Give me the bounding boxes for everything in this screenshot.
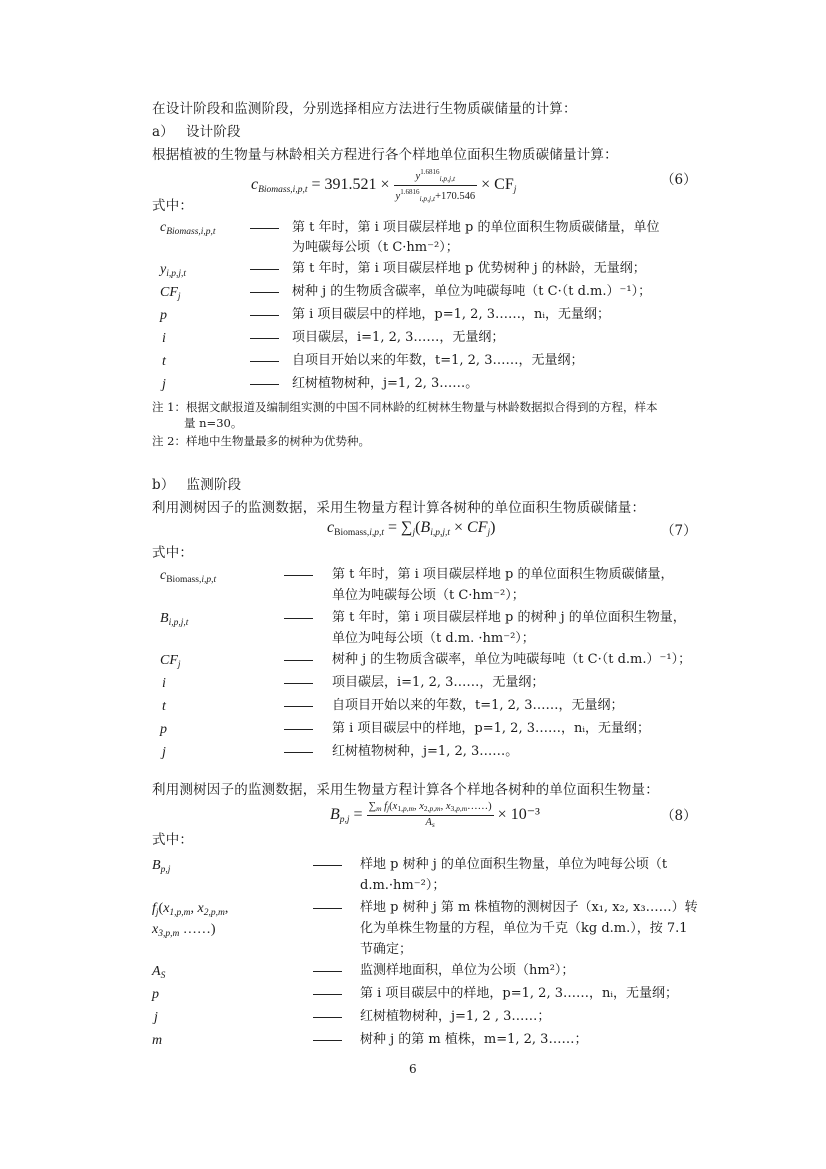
definition-dash [284,575,313,576]
definition-dash [284,706,313,707]
note-1: 注 1：根据文献报道及编制组实测的中国不同林龄的红树林生物量与林龄数据拟合得到的… [152,399,657,415]
definition-symbol-cont: x3,p,m ……) [152,920,216,944]
section-b-heading: b）监测阶段 [152,475,241,495]
definition-text-cont: 为吨碳每公顷（t C·hm⁻²）； [292,238,459,258]
section-a-lead: 根据植被的生物量与林龄相关方程进行各个样地单位面积生物质碳储量计算： [152,145,618,165]
definition-text: 样地 p 树种 j 的单位面积生物量，单位为吨每公顷（t [360,855,667,875]
eq6-coef: = 391.521 × [311,176,389,193]
eq6-tail: × CF [481,176,514,193]
definition-text: 树种 j 的生物质含碳率，单位为吨碳每吨（t C·（t d.m.）⁻¹）； [292,282,651,302]
eq8-fraction: ∑m fj(x1,p,m, x2,p,m, x3,p,m……) As [367,800,494,831]
definition-dash [284,618,313,619]
document-page: 在设计阶段和监测阶段，分别选择相应方法进行生物质碳储量的计算： a）设计阶段 根… [0,0,826,1169]
equation-7: cBiomass,i,p,t = ∑j(Bi,p,j,t × CFj) [327,517,495,544]
definition-dash [313,971,342,972]
equation-8-number: （8） [661,804,697,824]
eq6-denominator: y1.6816i,p,j,t+170.546 [394,186,478,205]
intro-paragraph: 在设计阶段和监测阶段，分别选择相应方法进行生物质碳储量的计算： [152,99,577,119]
equation-7-number: （7） [661,519,697,539]
definition-symbol: j [162,743,166,763]
definition-text: 项目碳层，i=1, 2, 3……，无量纲； [332,673,544,693]
eq6-numerator: y1.6816i,p,j,t [394,166,478,186]
section-b-label: b） [152,477,175,493]
definition-dash [284,752,313,753]
definition-text: 自项目开始以来的年数，t=1, 2, 3……，无量纲； [292,351,583,371]
section-a-where: 式中： [152,196,193,216]
definition-text: 红树植物树种，j=1, 2, 3……。 [332,742,518,762]
definition-text: 第 i 项目碳层中的样地，p=1, 2, 3……，nᵢ，无量纲； [292,305,610,325]
definition-symbol: cBiomass,i,p,t [160,218,216,242]
definition-text-cont: 单位为吨碳每公顷（t C·hm⁻²）； [332,586,525,606]
definition-symbol: i [162,674,166,694]
definition-symbol: cBiomass,i,p,t [160,566,216,590]
definition-text: 红树植物树种，j=1, 2, 3……。 [292,374,478,394]
definition-symbol: j [154,1008,158,1028]
definition-symbol: p [152,985,159,1005]
definition-text-cont: 化为单株生物量的方程，单位为千克（kg d.m.），按 7.1 [360,919,688,939]
definition-text: 红树植物树种，j=1, 2 , 3……； [360,1007,550,1027]
definition-symbol: t [162,352,166,372]
section-c-where: 式中： [152,830,193,850]
equation-8: Bp,j = ∑m fj(x1,p,m, x2,p,m, x3,p,m……) A… [330,800,540,831]
definition-symbol: CFj [160,651,181,675]
definition-dash [313,865,342,866]
definition-text: 样地 p 树种 j 第 m 株植物的测树因子（x₁, x₂, x₃……）转 [360,898,698,918]
definition-text: 第 t 年时，第 i 项目碳层样地 p 优势树种 j 的林龄，无量纲； [292,259,646,279]
definition-text-cont: 单位为吨每公顷（t d.m. ·hm⁻²）； [332,629,535,649]
definition-text: 第 t 年时，第 i 项目碳层样地 p 的单位面积生物质碳储量，单位 [292,218,660,238]
definition-text: 树种 j 的第 m 植株，m=1, 2, 3……； [360,1030,587,1050]
section-a-heading: a）设计阶段 [152,122,241,142]
definition-symbol: AS [152,962,165,986]
page-number: 6 [409,1062,417,1076]
definition-dash [250,338,279,339]
eq8-denominator: As [367,816,494,831]
definition-dash [284,660,313,661]
definition-dash [284,683,313,684]
definition-symbol: CFj [160,283,181,307]
section-b-title: 监测阶段 [187,477,242,493]
definition-symbol: yi,p,j,t [160,260,186,284]
eq6-lhs-sub: Biomass,i,p,t [258,185,307,195]
definition-text: 第 t 年时，第 i 项目碳层样地 p 的树种 j 的单位面积生物量， [332,608,686,628]
definition-text-cont: d.m.·hm⁻²）； [360,876,445,896]
definition-dash [313,994,342,995]
equation-6: cBiomass,i,p,t = 391.521 × y1.6816i,p,j,… [251,166,516,205]
definition-text: 第 i 项目碳层中的样地，p=1, 2, 3……，nᵢ，无量纲； [332,719,650,739]
section-a-label: a） [152,124,174,140]
definition-dash [313,1017,342,1018]
definition-text: 第 i 项目碳层中的样地，p=1, 2, 3……，nᵢ，无量纲； [360,984,678,1004]
section-a-title: 设计阶段 [186,124,241,140]
definition-text: 自项目开始以来的年数，t=1, 2, 3……，无量纲； [332,696,623,716]
section-b-where: 式中： [152,543,193,563]
definition-dash [250,228,279,229]
definition-text: 第 t 年时，第 i 项目碳层样地 p 的单位面积生物质碳储量， [332,565,674,585]
section-c-lead: 利用测树因子的监测数据，采用生物量方程计算各个样地各树种的单位面积生物量： [152,780,659,800]
note-1-cont: 量 n=30。 [184,415,242,431]
definition-text: 监测样地面积，单位为公顷（hm²）； [360,961,574,981]
definition-dash [313,1040,342,1041]
definition-symbol: j [162,375,166,395]
definition-dash [250,384,279,385]
definition-symbol: Bi,p,j,t [160,609,188,633]
definition-text-cont: 节确定； [360,940,412,960]
section-b-lead: 利用测树因子的监测数据，采用生物量方程计算各树种的单位面积生物质碳储量： [152,498,645,518]
definition-symbol: p [160,306,167,326]
definition-symbol: t [162,697,166,717]
definition-symbol: p [160,720,167,740]
definition-dash [284,729,313,730]
definition-dash [250,361,279,362]
eq8-numerator: ∑m fj(x1,p,m, x2,p,m, x3,p,m……) [367,800,494,816]
eq6-fraction: y1.6816i,p,j,t y1.6816i,p,j,t+170.546 [394,166,478,205]
definition-text: 项目碳层，i=1, 2, 3……，无量纲； [292,328,504,348]
definition-dash [250,315,279,316]
definition-dash [250,292,279,293]
definition-symbol: i [162,329,166,349]
definition-dash [250,269,279,270]
note-2: 注 2：样地中生物量最多的树种为优势种。 [152,433,370,449]
equation-6-number: （6） [661,168,697,188]
definition-symbol: m [152,1031,162,1051]
definition-symbol: Bp,j [152,856,170,880]
definition-dash [313,908,342,909]
definition-text: 树种 j 的生物质含碳率，单位为吨碳每吨（t C·（t d.m.）⁻¹）； [332,650,691,670]
